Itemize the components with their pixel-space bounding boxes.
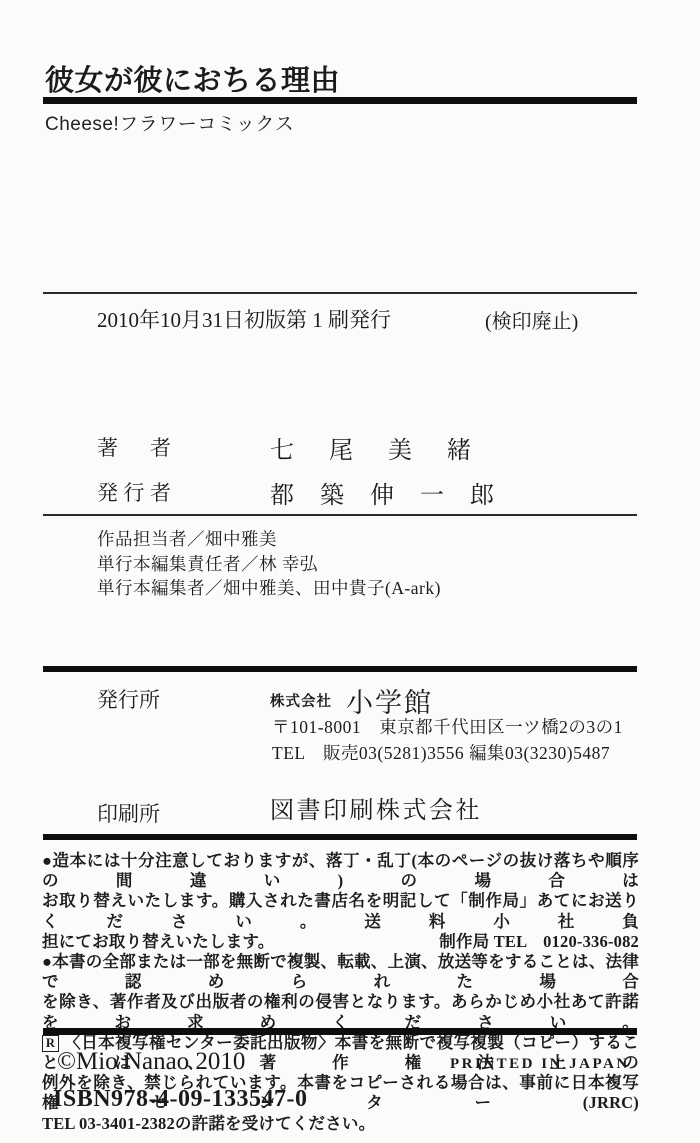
book-title: 彼女が彼におちる理由 <box>45 58 340 99</box>
staff-line-volume-editors: 単行本編集者／畑中雅美、田中貴子(A-ark) <box>97 576 441 601</box>
edition-date: 2010年10月31日初版第 1 刷発行 <box>97 304 391 334</box>
legal-line-1: ●造本には十分注意しておりますが、落丁・乱丁(本のページの抜け落ちや順序の間違い… <box>42 851 639 891</box>
printer-name: 図書印刷株式会社 <box>270 790 482 825</box>
legal-line-2: お取り替えいたします。購入された書店名を明記して「制作局」あてにお送りください。… <box>42 891 639 931</box>
colophon-page: 彼女が彼におちる理由 Cheese!フラワーコミックス 2010年10月31日初… <box>0 0 700 1143</box>
legal-line-4: ●本書の全部または一部を無断で複製、転載、上演、放送等をすることは、法律で認めら… <box>42 952 639 992</box>
inspection-stamp-note: (検印廃止) <box>485 305 578 334</box>
publisher-name: 都築伸一郎 <box>270 475 520 510</box>
imprint-label: Cheese!フラワーコミックス <box>45 109 294 136</box>
author-label: 著者 <box>97 432 171 462</box>
isbn-number: ISBN978-4-09-133547-0 <box>53 1086 308 1113</box>
author-name: 七尾美緒 <box>270 430 506 465</box>
production-dept-phone: 制作局 TEL 0120-336-082 <box>439 932 639 952</box>
publisher-address: 〒101-8001 東京都千代田区一ツ橋2の3の1 <box>272 714 623 739</box>
staff-line-editor: 作品担当者／畑中雅美 <box>97 527 441 552</box>
title-underline-bar <box>43 97 637 104</box>
printer-section-bar <box>43 834 637 840</box>
staff-line-chief-editor: 単行本編集責任者／林 幸弘 <box>97 552 441 577</box>
legal-line-3: 担にてお取り替えいたします。 制作局 TEL 0120-336-082 <box>42 932 639 952</box>
footer-bar <box>43 1028 637 1035</box>
legal-line-3-left: 担にてお取り替えいたします。 <box>42 932 274 952</box>
legal-line-5: を除き、著作者及び出版者の権利の侵害となります。あらかじめ小社あて許諾をお求めく… <box>42 992 639 1032</box>
credits-divider <box>43 514 637 516</box>
printed-in-japan-label: PRINTED IN JAPAN <box>450 1056 630 1073</box>
staff-credits: 作品担当者／畑中雅美 単行本編集責任者／林 幸弘 単行本編集者／畑中雅美、田中貴… <box>97 527 441 601</box>
publisher-phone: TEL 販売03(5281)3556 編集03(3230)5487 <box>272 740 610 765</box>
copyright-line: ©Mio Nanao 2010 <box>57 1048 245 1076</box>
publishing-office-label: 発行所 <box>97 684 160 714</box>
legal-line-8: TEL 03-3401-2382の許諾を受けてください。 <box>42 1114 639 1134</box>
publisher-label: 発行者 <box>97 477 171 507</box>
publisher-section-bar <box>43 666 637 672</box>
printer-label: 印刷所 <box>97 798 160 828</box>
company-prefix: 株式会社 <box>270 694 332 710</box>
author-row: 著者 七尾美緒 <box>97 432 171 462</box>
edition-divider <box>43 292 637 294</box>
publisher-row: 発行者 都築伸一郎 <box>97 477 171 507</box>
